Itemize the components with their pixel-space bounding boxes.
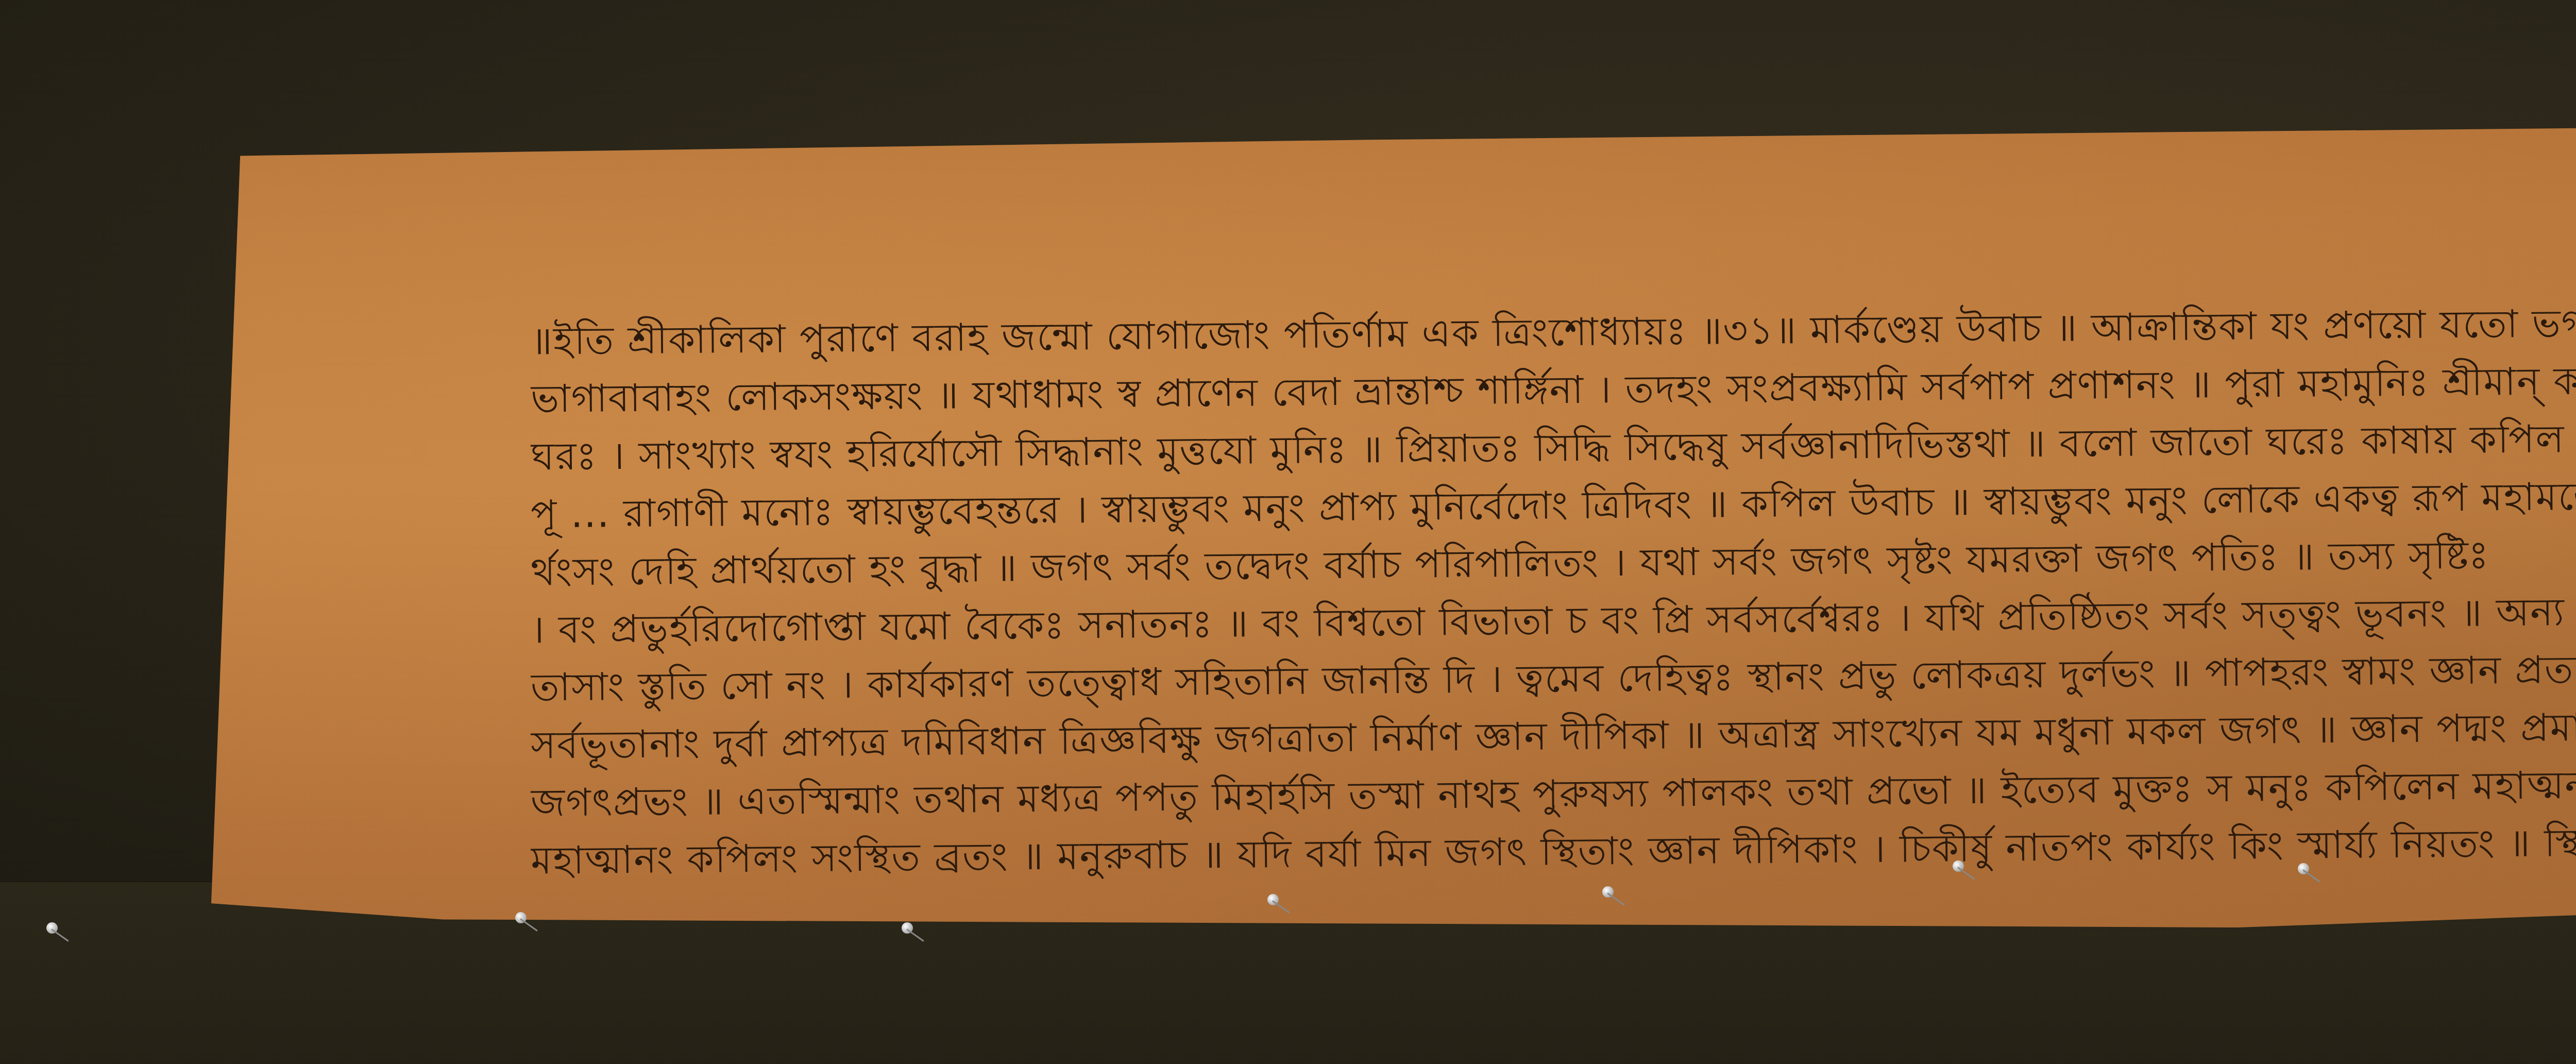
mounting-pin-icon [1267, 894, 1279, 905]
manuscript-folio: ॥ইতি শ্রীকালিকা পুরাণে বরাহ জন্মো যোগাজো… [211, 124, 2576, 927]
manuscript-text-block: ॥ইতি শ্রীকালিকা পুরাণে বরাহ জন্মো যোগাজো… [531, 301, 2576, 879]
mounting-pin-icon [1953, 860, 1964, 872]
mounting-pin-icon [1602, 886, 1614, 898]
mounting-pin-icon [2298, 863, 2309, 874]
mounting-pin-icon [46, 922, 58, 934]
mounting-pin-icon [902, 922, 913, 934]
mounting-pin-icon [515, 912, 527, 923]
